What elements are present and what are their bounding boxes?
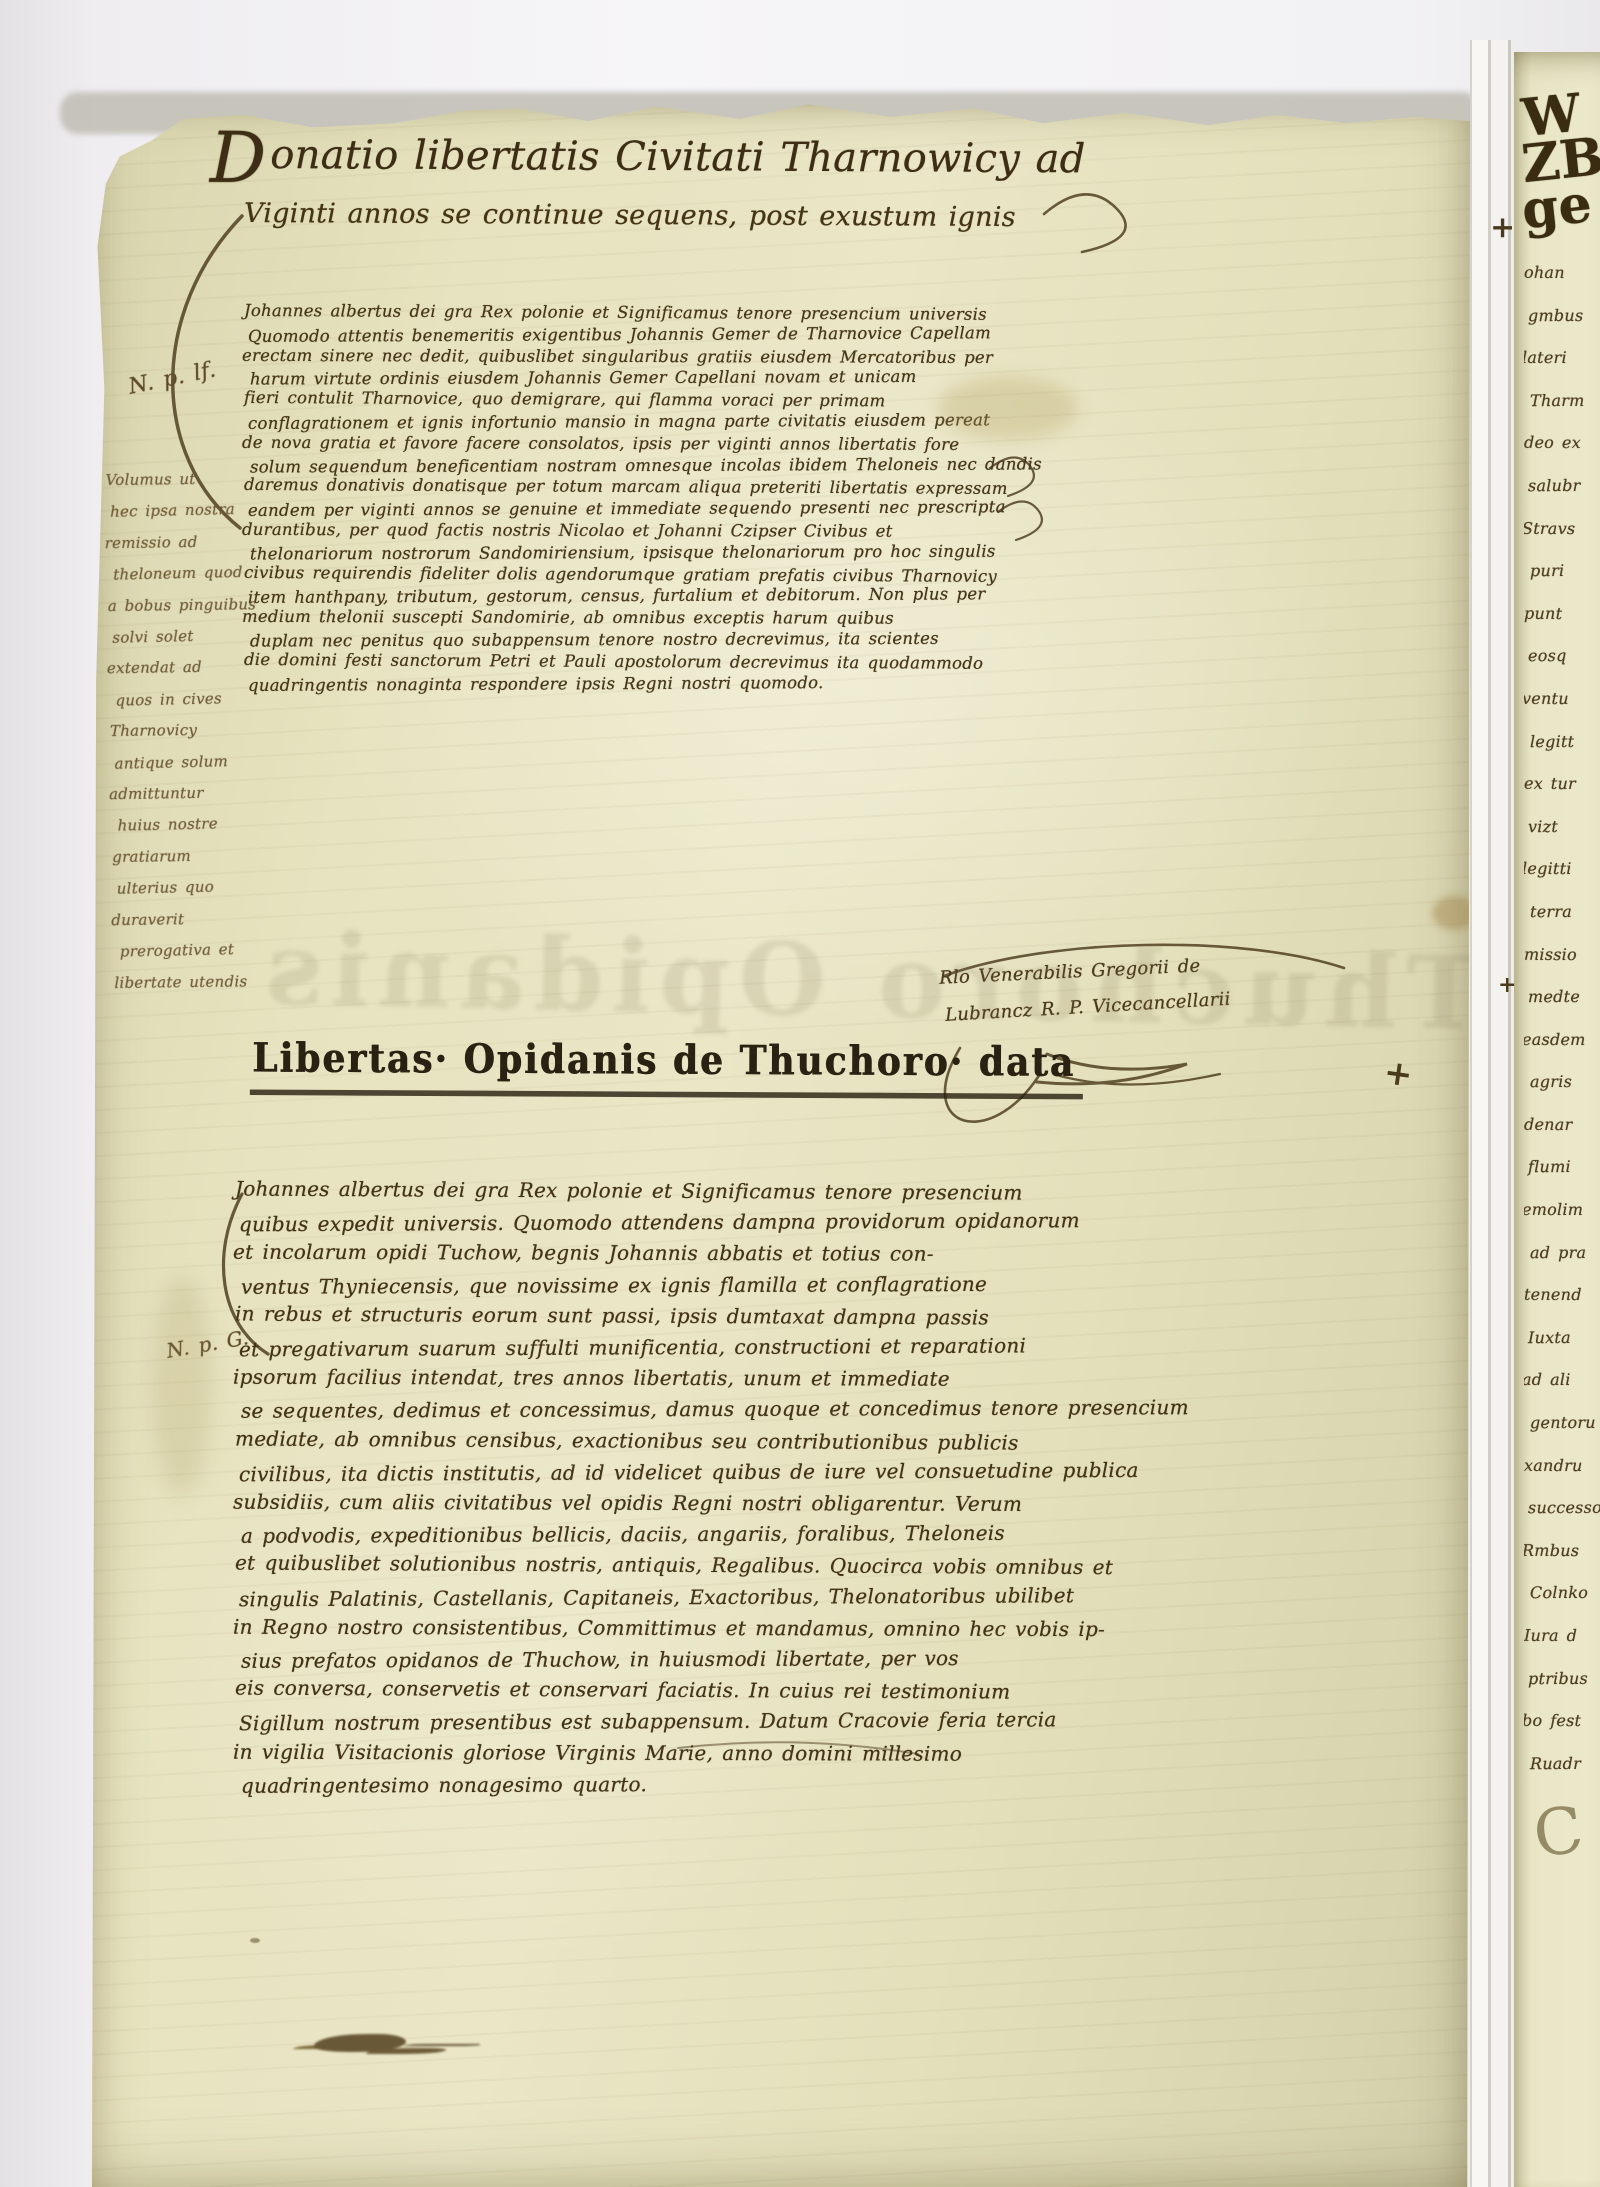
facing-fragment-line: puri [1530,550,1600,593]
facing-fragment-line: Iuxta [1528,1317,1600,1360]
manuscript-line: conflagrationem et ignis infortunio mans… [248,409,1040,435]
charter-text-tharnowice: Johannes albertus dei gra Rex polonie et… [244,302,1036,694]
manuscript-line: eandem per viginti annos se genuine et i… [248,496,1040,522]
manuscript-line: durantibus, per quod factis nostris Nico… [242,519,1034,543]
manuscript-line: singulis Palatinis, Castellanis, Capitan… [239,1579,1187,1615]
manuscript-line: mediate, ab omnibus censibus, exactionib… [235,1423,1183,1459]
margin-gloss: Volumus uthec ipsa nostraremissio adthel… [105,463,274,1000]
section-heading-libertas: Libertas· Opidanis de Thuchoro· data [250,1040,1083,1094]
page-edge-strip [1470,40,1514,2187]
facing-fragment-line: medte [1528,976,1600,1019]
facing-fragment-line: deo ex [1524,422,1600,465]
facing-fragment-line: Tharm [1530,380,1600,423]
manuscript-line: in vigilia Visitacionis gloriose Virgini… [233,1736,1181,1770]
facing-fragment-line: gentoru [1530,1402,1600,1445]
margin-gloss-line: ulterius quo [116,870,277,905]
manuscript-line: de nova gratia et favore facere consolat… [242,432,1034,456]
manuscript-line: quadringentis nonaginta respondere ipsis… [248,671,1040,697]
facing-fragment-line: lateri [1524,337,1600,380]
facing-text-fragments: ohangmbuslateriTharmdeo exsalubrStravspu… [1524,252,1600,1785]
manuscript-scan: { "document": { "kind": "Medieval chance… [0,0,1600,2187]
parchment-page: Donatio libertatis Civitati Tharnowicy a… [92,96,1470,2187]
facing-fragment-line: bo fest [1524,1700,1600,1743]
facing-fragment-line: xandru [1524,1444,1600,1487]
facing-fragment-line: Stravs [1524,507,1600,550]
manuscript-line: civilibus, ita dictis institutis, ad id … [239,1454,1187,1490]
margin-gloss-line: a bobus pinguibus [108,589,268,622]
manuscript-line: sius prefatos opidanos de Thuchow, in hu… [241,1642,1189,1677]
manuscript-line: quadringentesimo nonagesimo quarto. [241,1767,1189,1802]
charter-text-tuchow: Johannes albertus dei gra Rex polonie et… [235,1176,1183,1800]
manuscript-line: ipsorum facilius intendat, tres annos li… [233,1362,1181,1396]
marginal-cross-icon: + [1381,1052,1415,1096]
manuscript-line: in rebus et structuris eorum sunt passi,… [235,1298,1183,1334]
manuscript-line: in Regno nostro consistentibus, Committi… [233,1612,1181,1646]
facing-fragment-line: denar [1524,1104,1600,1147]
margin-gloss-line: remissio ad [104,526,264,560]
margin-gloss-line: hec ipsa nostra [110,494,271,529]
facing-fragment-line: successor [1528,1487,1600,1530]
margin-gloss-line: antique solum [114,745,275,780]
margin-gloss-line: libertate utendis [114,965,274,998]
facing-fragment-line: emolim [1524,1189,1600,1232]
margin-gloss-line: quos in cives [115,682,276,717]
facing-pen-flourish: C [1529,1793,1588,1873]
facing-fragment-line: ad pra [1530,1231,1600,1274]
facing-fragment-line: terra [1530,891,1600,934]
manuscript-line: et pregativarum suarum suffulti munifice… [239,1330,1187,1366]
margin-gloss-line: huius nostre [117,808,278,843]
facing-fragment-line: legitt [1530,720,1600,763]
margin-gloss-line: Volumus ut [105,463,265,496]
document-heading-line2: Viginti annos se continue sequens, post … [244,200,1016,231]
parchment-stain [152,1276,212,1496]
manuscript-line: Johannes albertus dei gra Rex polonie et… [235,1174,1183,1210]
facing-fragment-line: ptribus [1528,1657,1600,1700]
margin-gloss-line: prerogativa et [120,933,281,968]
manuscript-line: subsidiis, cum aliis civitatibus vel opi… [233,1487,1181,1521]
facing-fragment-line: gmbus [1528,294,1600,337]
facing-fragment-line: Ruadr [1530,1743,1600,1786]
margin-gloss-line: gratiarum [112,840,272,873]
facing-fragment-line: punt [1524,593,1600,636]
manuscript-line: item hanthpany, tributum, gestorum, cens… [248,583,1040,609]
facing-fragment-line: ex tur [1524,763,1600,806]
document-heading-line1: Donatio libertatis Civitati Tharnowicy a… [210,134,1086,180]
facing-fragment-line: easdem [1524,1019,1600,1062]
facing-cross-icon: + [1490,210,1515,245]
facing-fragment-line: legitti [1524,848,1600,891]
heading-line1-text: onatio libertatis Civitati Tharnowicy ad [270,132,1085,182]
margin-gloss-line: duraverit [111,903,271,937]
manuscript-line: erectam sinere nec dedit, quibuslibet si… [242,344,1034,368]
manuscript-line: quibus expedit universis. Quomodo attend… [239,1205,1187,1241]
facing-fragment-line: eosq [1528,635,1600,678]
manuscript-line: thelonariorum nostrorum Sandomiriensium,… [250,540,1042,565]
shelfmark-annotation-top: N. p. lf. [126,357,218,400]
manuscript-line: Quomodo attentis benemeritis exigentibus… [248,322,1040,348]
margin-gloss-line: solvi solet [112,619,273,654]
ink-smudge [314,2034,406,2052]
facing-fragment-line: ventu [1524,678,1600,721]
facing-fragment-line: agris [1530,1061,1600,1104]
facing-fragment-line: flumi [1528,1146,1600,1189]
facing-fragment-line: ohan [1524,252,1600,295]
facing-fragment-line: Rmbus [1524,1530,1600,1573]
manuscript-line: a podvodis, expeditionibus bellicis, dac… [241,1517,1189,1552]
facing-fragment-line: Iura d [1524,1615,1600,1658]
margin-gloss-line: extendat ad [107,651,267,685]
manuscript-line: medium thelonii suscepti Sandomirie, ab … [242,606,1034,630]
margin-gloss-line: admittuntur [109,777,269,811]
manuscript-line: ventus Thyniecensis, que novissime ex ig… [241,1268,1189,1303]
facing-fragment-line: salubr [1528,465,1600,508]
facing-fragment-line: missio [1524,933,1600,976]
ink-bleedthrough: Thuchoro Opidanis [256,909,1482,1053]
manuscript-line: se sequentes, dedimus et concessimus, da… [241,1393,1189,1428]
illuminated-initial: D [210,117,267,199]
manuscript-line: duplam nec penitus quo subappensum tenor… [250,627,1042,652]
manuscript-line: Sigillum nostrum presentibus est subappe… [239,1704,1187,1740]
facing-heading-glyphs: WZBge [1522,92,1600,230]
facing-fragment-line: Colnko [1530,1572,1600,1615]
manuscript-line: et incolarum opidi Tuchow, begnis Johann… [233,1237,1181,1271]
manuscript-line: et quibuslibet solutionibus nostris, ant… [235,1548,1183,1584]
facing-fragment-line: tenend [1524,1274,1600,1317]
ink-speck [250,1938,260,1943]
facing-fragment-line: vizt [1528,806,1600,849]
margin-gloss-line: Tharnovicy [110,714,270,747]
facing-cross-icon: + [1498,972,1516,998]
margin-gloss-line: theloneum quod [113,556,274,591]
facing-fragment-line: ad ali [1524,1359,1600,1402]
facing-heading-glyph: ge [1520,180,1600,234]
